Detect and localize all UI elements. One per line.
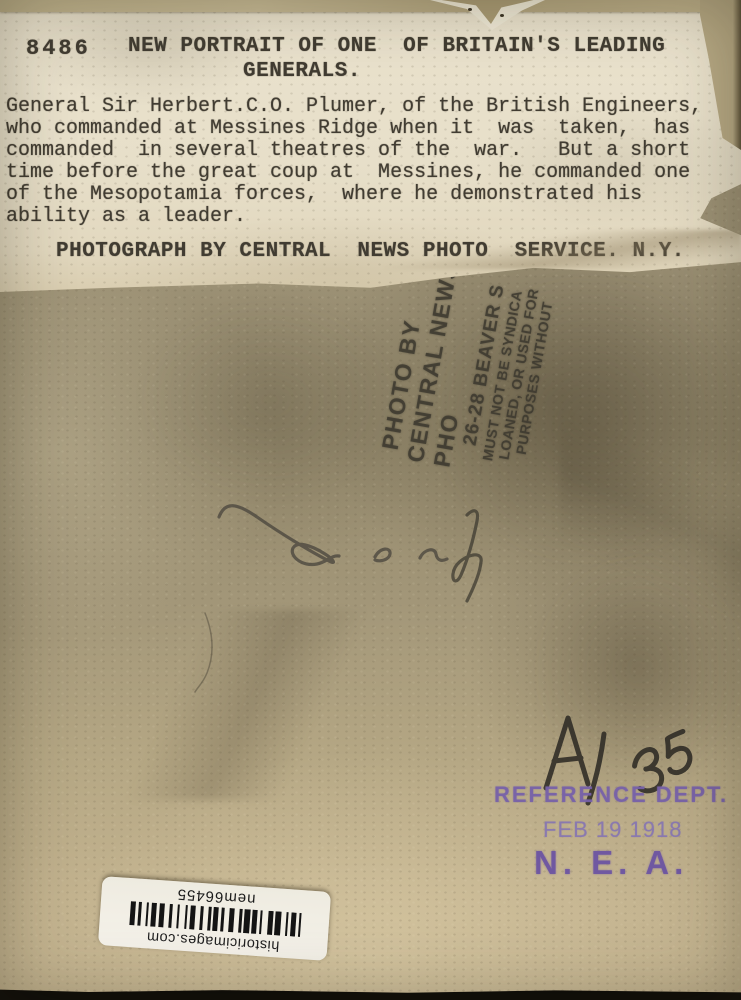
inventory-sticker: historicimages.com nem66455 xyxy=(98,876,331,961)
paper-stain xyxy=(90,610,410,800)
scratch-mark xyxy=(185,608,225,703)
paper-stain xyxy=(560,400,741,640)
credit-line: PHOTOGRAPH BY CENTRAL NEWS PHOTO SERVICE… xyxy=(56,240,685,263)
top-edge-strip xyxy=(0,0,741,12)
caption-line: General Sir Herbert.C.O. Plumer, of the … xyxy=(6,96,702,118)
torn-notch xyxy=(430,0,545,30)
catalog-number: 8486 xyxy=(26,36,91,61)
caption-line: who commanded at Messines Ridge when it … xyxy=(6,118,702,140)
reference-dept-stamp: REFERENCE DEPT. xyxy=(494,782,728,808)
caption-body: General Sir Herbert.C.O. Plumer, of the … xyxy=(6,96,702,228)
caption-line: ability as a leader. xyxy=(6,206,702,228)
caption-line: of the Mesopotamia forces, where he demo… xyxy=(6,184,702,206)
caption-line: time before the great coup at Messines, … xyxy=(6,162,702,184)
caption-headline: NEW PORTRAIT OF ONE OF BRITAIN'S LEADING xyxy=(128,35,665,58)
paper-speck xyxy=(468,8,472,11)
photo-verso-scan: PHOTO BY CENTRAL NEWS PHO 26-28 BEAVER S… xyxy=(0,0,741,1000)
pencil-scrawl xyxy=(205,465,515,615)
paper-stain xyxy=(530,550,741,790)
bottom-edge-strip xyxy=(0,984,741,1000)
caption-line: commanded in several theatres of the war… xyxy=(6,140,702,162)
paper-stain xyxy=(140,300,400,500)
paper-speck xyxy=(500,14,504,17)
caption-headline-2: GENERALS. xyxy=(243,60,361,83)
typed-caption-label: 8486 NEW PORTRAIT OF ONE OF BRITAIN'S LE… xyxy=(0,8,741,292)
date-stamp: FEB 19 1918 xyxy=(543,817,682,843)
nea-agency-stamp: N. E. A. xyxy=(534,844,688,882)
